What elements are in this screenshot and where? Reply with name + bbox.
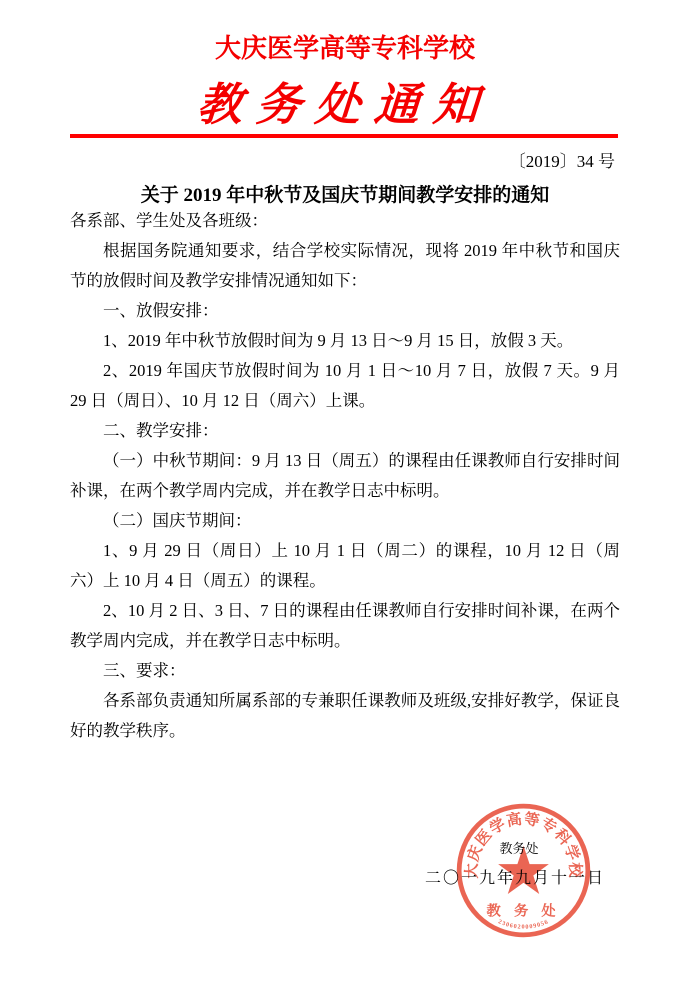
signature-date: 二〇一九年九月十一日 bbox=[420, 865, 610, 888]
seal-department-text: 教 务 处 bbox=[487, 901, 561, 919]
teaching-item-national-2: 2、10 月 2 日、3 日、7 日的课程由任课教师自行安排时间补课，在两个教学… bbox=[70, 596, 620, 656]
seal-serial-number: 2306020009056 bbox=[497, 918, 550, 930]
section-heading-requirements: 三、要求： bbox=[70, 656, 620, 686]
teaching-item-midautumn: （一）中秋节期间：9 月 13 日（周五）的课程由任课教师自行安排时间补课，在两… bbox=[70, 446, 620, 506]
document-title: 关于 2019 年中秋节及国庆节期间教学安排的通知 bbox=[70, 180, 620, 207]
teaching-item-national-1: 1、9 月 29 日（周日）上 10 月 1 日（周二）的课程，10 月 12 … bbox=[70, 536, 620, 596]
holiday-item-midautumn: 1、2019 年中秋节放假时间为 9 月 13 日～9 月 15 日，放假 3 … bbox=[70, 326, 620, 356]
section-heading-teaching: 二、教学安排： bbox=[70, 416, 620, 446]
document-number: 〔2019〕34 号 bbox=[70, 147, 615, 172]
salutation-line: 各系部、学生处及各班级： bbox=[70, 206, 620, 236]
signature-department: 教务处 bbox=[449, 838, 589, 857]
holiday-item-national: 2、2019 年国庆节放假时间为 10 月 1 日～10 月 7 日，放假 7 … bbox=[70, 356, 620, 416]
school-name-header: 大庆医学高等专科学校 bbox=[70, 28, 620, 65]
intro-paragraph: 根据国务院通知要求，结合学校实际情况，现将 2019 年中秋节和国庆节的放假时间… bbox=[70, 236, 620, 296]
section-heading-holiday: 一、放假安排： bbox=[70, 296, 620, 326]
red-header-divider bbox=[70, 134, 618, 138]
requirements-paragraph: 各系部负责通知所属系部的专兼职任课教师及班级,安排好教学，保证良好的教学秩序。 bbox=[70, 686, 620, 746]
notice-document-page: 大庆医学高等专科学校 教务处通知 〔2019〕34 号 关于 2019 年中秋节… bbox=[0, 0, 690, 982]
document-body: 各系部、学生处及各班级： 根据国务院通知要求，结合学校实际情况，现将 2019 … bbox=[70, 206, 620, 746]
teaching-item-national-heading: （二）国庆节期间： bbox=[70, 506, 620, 536]
notice-header-calligraphy: 教务处通知 bbox=[68, 68, 623, 133]
